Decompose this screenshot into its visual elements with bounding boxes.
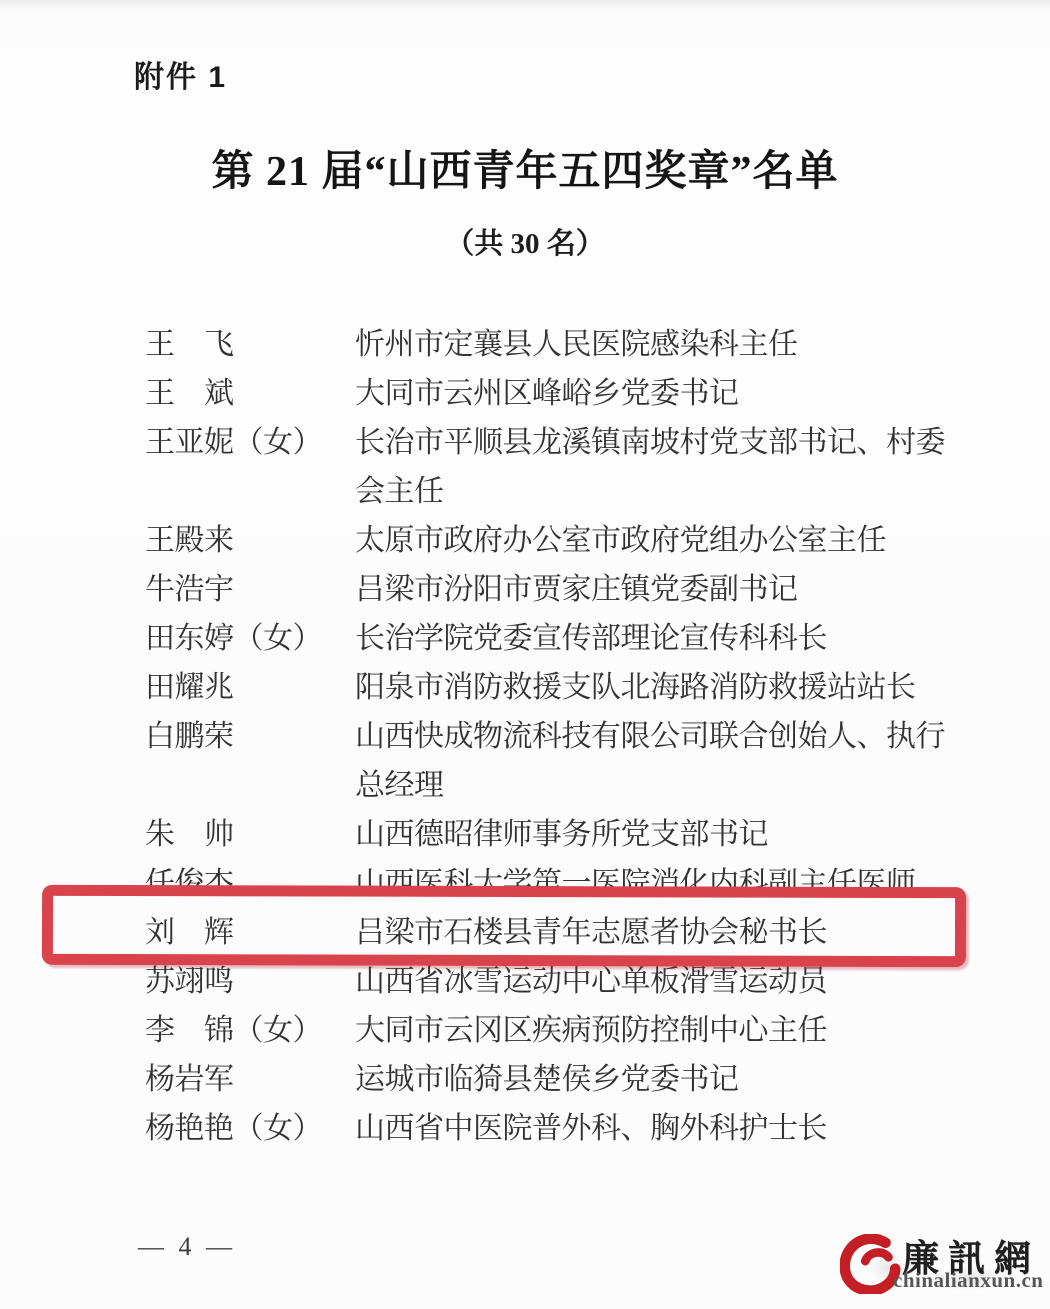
awardee-position-line: 运城市临猗县楚侯乡党委书记: [355, 1055, 739, 1104]
attachment-label: 附件 1: [134, 52, 227, 96]
awardee-name: 王 斌: [145, 369, 355, 418]
scanned-document-page: 附件 1 第 21 届“山西青年五四奖章”名单 （共 30 名） 王 飞忻州市定…: [0, 0, 1050, 1309]
awardee-position-line: 忻州市定襄县人民医院感染科主任: [355, 320, 798, 369]
awardee-position: 运城市临猗县楚侯乡党委书记: [355, 1055, 739, 1104]
list-item: 王亚妮（女）长治市平顺县龙溪镇南坡村党支部书记、村委会主任: [145, 418, 945, 516]
awardee-position-line: 总经理: [355, 761, 945, 810]
awardee-position-line: 阳泉市消防救援支队北海路消防救援站站长: [355, 663, 916, 712]
awardee-name: 牛浩宇: [145, 565, 355, 614]
list-item: 白鹏荣山西快成物流科技有限公司联合创始人、执行总经理: [145, 712, 945, 810]
page-number: — 4 —: [138, 1232, 236, 1262]
awardee-name: 田耀兆: [145, 663, 355, 712]
awardee-position-line: 长治市平顺县龙溪镇南坡村党支部书记、村委: [355, 418, 945, 467]
awardee-name: 田东婷（女）: [145, 614, 355, 663]
awardee-name: 朱 帅: [145, 810, 355, 859]
awardee-position: 忻州市定襄县人民医院感染科主任: [355, 320, 798, 369]
awardee-position-line: 大同市云州区峰峪乡党委书记: [355, 369, 739, 418]
awardee-position: 大同市云州区峰峪乡党委书记: [355, 369, 739, 418]
list-item: 牛浩宇吕梁市汾阳市贾家庄镇党委副书记: [145, 565, 945, 614]
awardee-position-line: 长治学院党委宣传部理论宣传科科长: [355, 614, 827, 663]
awardee-name: 李 锦（女）: [145, 1006, 355, 1055]
list-item: 李 锦（女）大同市云冈区疾病预防控制中心主任: [145, 1006, 945, 1055]
awardee-position-line: 太原市政府办公室市政府党组办公室主任: [355, 516, 886, 565]
awardee-position: 长治市平顺县龙溪镇南坡村党支部书记、村委会主任: [355, 418, 945, 516]
awardee-position-line: 大同市云冈区疾病预防控制中心主任: [355, 1006, 827, 1055]
awardee-position-line: 山西省中医院普外科、胸外科护士长: [355, 1104, 827, 1153]
list-item: 杨艳艳（女）山西省中医院普外科、胸外科护士长: [145, 1104, 945, 1153]
awardee-name: 王 飞: [145, 320, 355, 369]
awardee-position: 太原市政府办公室市政府党组办公室主任: [355, 516, 886, 565]
site-watermark: 廉訊網 chinalianxun.cn: [838, 1226, 1043, 1301]
list-item: 王 斌大同市云州区峰峪乡党委书记: [145, 369, 945, 418]
list-item: 田东婷（女）长治学院党委宣传部理论宣传科科长: [145, 614, 945, 663]
list-item: 朱 帅山西德昭律师事务所党支部书记: [145, 810, 945, 859]
list-item: 田耀兆阳泉市消防救援支队北海路消防救援站站长: [145, 663, 945, 712]
watermark-site-url: chinalianxun.cn: [893, 1268, 1043, 1293]
awardee-position-line: 会主任: [355, 467, 945, 516]
list-item: 王殿来太原市政府办公室市政府党组办公室主任: [145, 516, 945, 565]
awardee-name: 杨艳艳（女）: [145, 1104, 355, 1153]
awardee-position-line: 吕梁市汾阳市贾家庄镇党委副书记: [355, 565, 798, 614]
awardee-position: 山西省中医院普外科、胸外科护士长: [355, 1104, 827, 1153]
awardee-name: 王殿来: [145, 516, 355, 565]
awardee-position: 山西快成物流科技有限公司联合创始人、执行总经理: [355, 712, 945, 810]
awardee-name: 杨岩军: [145, 1055, 355, 1104]
awardee-position-line: 山西快成物流科技有限公司联合创始人、执行: [355, 712, 945, 761]
page-title: 第 21 届“山西青年五四奖章”名单: [0, 138, 1050, 198]
list-item: 杨岩军运城市临猗县楚侯乡党委书记: [145, 1055, 945, 1104]
awardee-position: 阳泉市消防救援支队北海路消防救援站站长: [355, 663, 916, 712]
awardee-position: 大同市云冈区疾病预防控制中心主任: [355, 1006, 827, 1055]
awardee-list: 王 飞忻州市定襄县人民医院感染科主任王 斌大同市云州区峰峪乡党委书记王亚妮（女）…: [145, 320, 945, 1153]
awardee-name: 王亚妮（女）: [145, 418, 355, 467]
awardee-position: 吕梁市汾阳市贾家庄镇党委副书记: [355, 565, 798, 614]
awardee-position: 山西德昭律师事务所党支部书记: [355, 810, 768, 859]
page-subtitle: （共 30 名）: [0, 221, 1050, 262]
awardee-position-line: 山西德昭律师事务所党支部书记: [355, 810, 768, 859]
awardee-name: 白鹏荣: [145, 712, 355, 761]
highlight-box: [42, 885, 966, 967]
list-item: 王 飞忻州市定襄县人民医院感染科主任: [145, 320, 945, 369]
awardee-position: 长治学院党委宣传部理论宣传科科长: [355, 614, 827, 663]
